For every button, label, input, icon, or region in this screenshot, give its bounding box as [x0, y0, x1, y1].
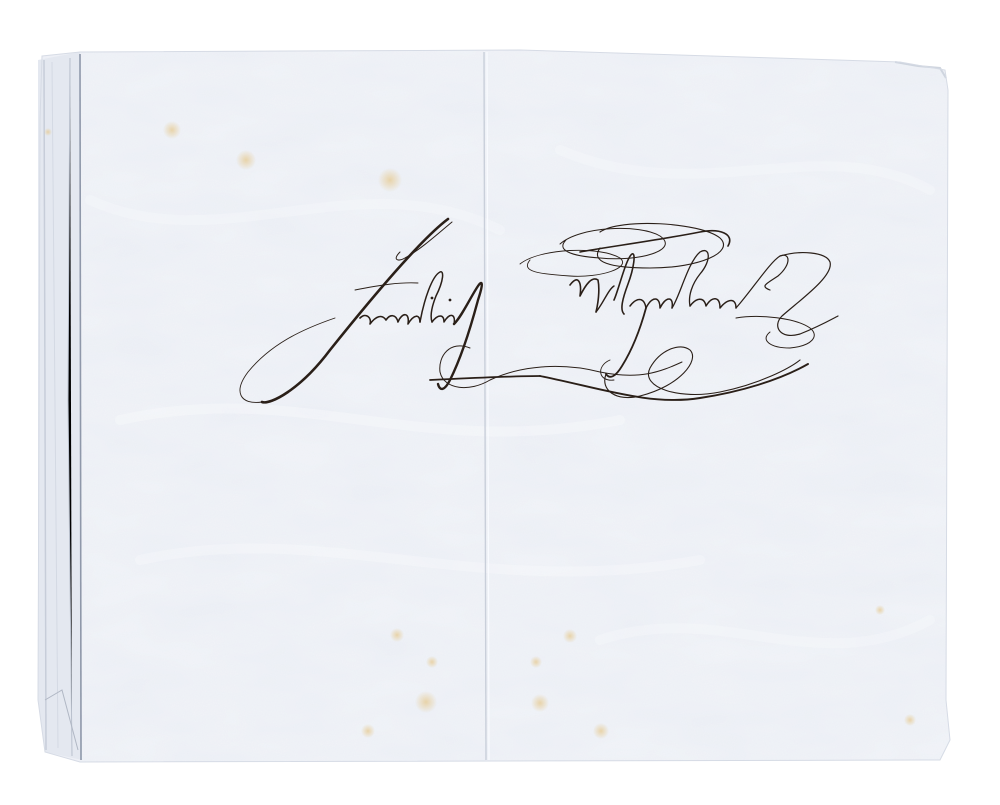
paper-sheet	[0, 0, 1000, 805]
document-scan: Friedrich Wilhelm	[0, 0, 1000, 805]
folded-left-edge	[38, 52, 82, 760]
